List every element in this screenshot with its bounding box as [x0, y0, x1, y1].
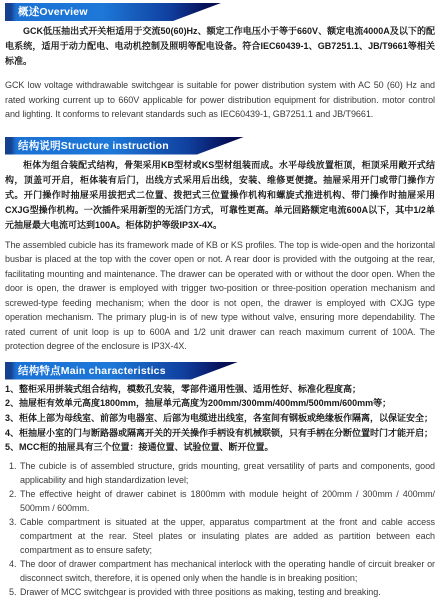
section-structure-instruction: 结构说明Structure instruction 柜体为组合装配式结构，骨架采…: [5, 137, 435, 354]
characteristics-en-item-5: 5. Drawer of MCC switchgear is provided …: [5, 585, 435, 599]
overview-paragraph-cn: GCK低压抽出式开关柜适用于交流50(60)Hz、额定工作电压小于等于660V、…: [5, 24, 435, 69]
characteristics-cn-item-3: 3、柜体上部为母线室、前部为电器室、后部为电缆进出线室，各室间有钢板或绝缘板作隔…: [5, 411, 435, 426]
characteristics-cn-item-1: 1、整柜采用拼装式组合结构，模数孔安装，零部件通用性强、适用性好、标准化程度高；: [5, 382, 435, 397]
section-header-overview-label: 概述Overview: [18, 6, 88, 18]
overview-paragraph-en: GCK low voltage withdrawable switchgear …: [5, 78, 435, 122]
structure-paragraph-cn: 柜体为组合装配式结构，骨架采用KB型材或KS型材组装而成。水平母线放置柜顶，柜顶…: [5, 158, 435, 233]
section-main-characteristics: 结构特点Main characteristics 1、整柜采用拼装式组合结构，模…: [5, 362, 435, 600]
section-header-overview: 概述Overview: [5, 3, 221, 21]
characteristics-list-en: 1. The cubicle is of assembled structure…: [5, 459, 435, 599]
section-header-main-characteristics-label: 结构特点Main characteristics: [18, 365, 166, 377]
catalog-page: 概述Overview GCK低压抽出式开关柜适用于交流50(60)Hz、额定工作…: [0, 0, 440, 600]
section-header-structure-instruction: 结构说明Structure instruction: [5, 137, 245, 155]
list-item-number: 1.: [5, 459, 20, 487]
list-item-number: 3.: [5, 515, 20, 557]
characteristics-en-item-4: 4. The door of drawer compartment has me…: [5, 557, 435, 585]
characteristics-cn-item-4: 4、柜抽屉小室的门与断路器或隔离开关的开关操作手柄设有机械联锁，只有手柄在分断位…: [5, 426, 435, 441]
characteristics-list-cn: 1、整柜采用拼装式组合结构，模数孔安装，零部件通用性强、适用性好、标准化程度高；…: [5, 382, 435, 456]
list-item-text: Cable compartment is situated at the upp…: [20, 515, 435, 557]
list-item-text: Drawer of MCC switchgear is provided wit…: [20, 585, 435, 599]
characteristics-en-item-3: 3. Cable compartment is situated at the …: [5, 515, 435, 557]
section-overview: 概述Overview GCK低压抽出式开关柜适用于交流50(60)Hz、额定工作…: [5, 3, 435, 122]
list-item-number: 5.: [5, 585, 20, 599]
list-item-number: 2.: [5, 487, 20, 515]
characteristics-en-item-1: 1. The cubicle is of assembled structure…: [5, 459, 435, 487]
list-item-text: The cubicle is of assembled structure, g…: [20, 459, 435, 487]
section-header-main-characteristics: 结构特点Main characteristics: [5, 362, 239, 380]
list-item-text: The effective height of drawer cabinet i…: [20, 487, 435, 515]
list-item-number: 4.: [5, 557, 20, 585]
characteristics-en-item-2: 2. The effective height of drawer cabine…: [5, 487, 435, 515]
section-header-structure-instruction-label: 结构说明Structure instruction: [18, 140, 169, 152]
list-item-text: The door of drawer compartment has mecha…: [20, 557, 435, 585]
characteristics-cn-item-5: 5、MCC柜的抽屉具有三个位置：接通位置、试验位置、断开位置。: [5, 440, 435, 455]
structure-paragraph-en: The assembled cubicle has its framework …: [5, 238, 435, 354]
characteristics-cn-item-2: 2、抽屉柜有效单元高度1800mm，抽屉单元高度为200mm/300mm/400…: [5, 396, 435, 411]
